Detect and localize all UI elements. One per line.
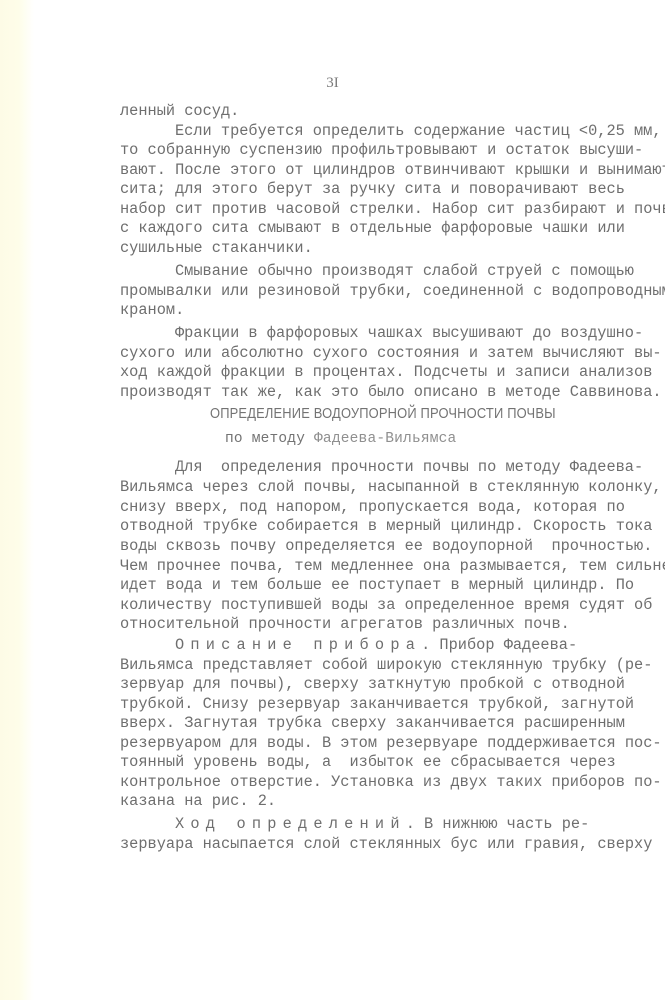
- text-line: идет вода и тем больше ее поступает в ме…: [120, 576, 634, 595]
- text-line: Смывание обычно производят слабой струей…: [175, 262, 634, 281]
- text-line: количеству поступившей воды за определен…: [120, 596, 652, 615]
- text-line: Фракции в фарфоровых чашках высушивают д…: [175, 324, 643, 343]
- text-line: вверх. Загнутая трубка сверху заканчивае…: [120, 714, 625, 733]
- text-line: казана на рис. 2.: [120, 792, 276, 811]
- text-line: Описание прибора. Прибор Фадеева-: [175, 636, 577, 655]
- text-line: промывалки или резиновой трубки, соедине…: [120, 282, 665, 301]
- text-line: зервуар для почвы), сверху заткнутую про…: [120, 675, 625, 694]
- text-line: относительной прочности агрегатов различ…: [120, 615, 570, 634]
- text-line: производят так же, как это было описано …: [120, 383, 662, 402]
- subtitle-name: Фадеева-Вильямса: [314, 431, 456, 447]
- text-line: Если требуется определить содержание час…: [175, 122, 662, 141]
- text-line: воды сквозь почву определяется ее водоуп…: [120, 537, 652, 556]
- text-line: контрольное отверстие. Установка из двух…: [120, 773, 662, 792]
- text-line: трубкой. Снизу резервуар заканчивается т…: [120, 695, 634, 714]
- text-line: вают. После этого от цилиндров отвинчива…: [120, 161, 665, 180]
- text-line: отводной трубке собирается в мерный цили…: [120, 517, 652, 536]
- spaced-lead: Ход определений: [175, 815, 406, 833]
- section-subtitle: по методу Фадеева-Вильямса: [225, 431, 456, 447]
- scan-edge-strip: [0, 0, 34, 1000]
- text-fragment: . Прибор Фадеева-: [421, 636, 577, 654]
- text-line: Чем прочнее почва, тем медленнее она раз…: [120, 557, 665, 576]
- text-line: сухого или абсолютно сухого состояния и …: [120, 344, 662, 363]
- text-line: краном.: [120, 301, 184, 320]
- text-line: тоянный уровень воды, а избыток ее сбрас…: [120, 753, 616, 772]
- spaced-lead: Описание прибора: [175, 636, 421, 654]
- text-line: набор сит против часовой стрелки. Набор …: [120, 200, 665, 219]
- text-line: сушильные стаканчики.: [120, 239, 313, 258]
- text-line: ленный сосуд.: [120, 102, 239, 121]
- text-line: с каждого сита смывают в отдельные фарфо…: [120, 219, 625, 238]
- text-line: сита; для этого берут за ручку сита и по…: [120, 180, 625, 199]
- text-line: то собранную суспензию профильтровывают …: [120, 141, 643, 160]
- text-line: Ход определений. В нижнюю часть ре-: [175, 815, 589, 834]
- text-line: зервуара насыпается слой стеклянных бус …: [120, 835, 652, 854]
- text-fragment: . В нижнюю часть ре-: [406, 815, 590, 833]
- text-line: Для определения прочности почвы по метод…: [175, 458, 643, 477]
- section-title: ОПРЕДЕЛЕНИЕ ВОДОУПОРНОЙ ПРОЧНОСТИ ПОЧВЫ: [210, 405, 556, 422]
- text-line: ход каждой фракции в процентах. Подсчеты…: [120, 363, 652, 382]
- text-line: Вильямса представляет собой широкую стек…: [120, 656, 652, 675]
- text-line: снизу вверх, под напором, пропускается в…: [120, 498, 625, 517]
- text-line: Вильямса через слой почвы, насыпанной в …: [120, 478, 662, 497]
- page-number: 3I: [0, 75, 665, 92]
- text-line: резервуаром для воды. В этом резервуаре …: [120, 734, 662, 753]
- subtitle-prefix: по методу: [225, 431, 305, 447]
